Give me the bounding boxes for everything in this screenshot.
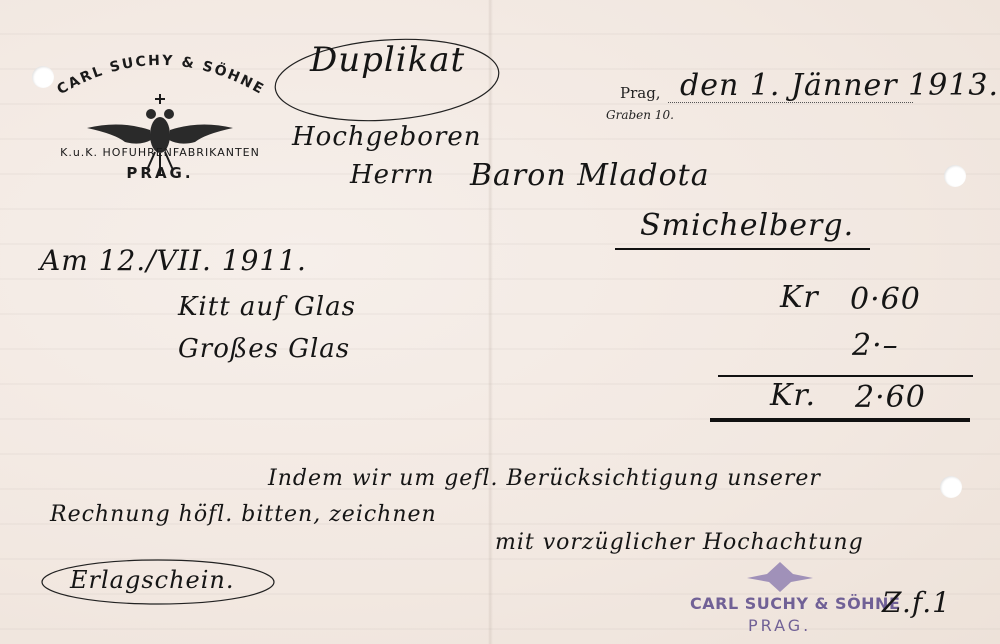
stamp-eagle-icon bbox=[745, 558, 815, 594]
closing-line-2-right: mit vorzüglicher Hochachtung bbox=[495, 530, 864, 555]
recipient-location: Smichelberg. bbox=[640, 208, 854, 243]
recipient-title: Herrn bbox=[350, 160, 435, 190]
closing-line-1: Indem wir um gefl. Berücksichtigung unse… bbox=[268, 466, 821, 491]
stamp-city: PRAG. bbox=[748, 616, 811, 635]
amount-1-currency: Kr bbox=[780, 280, 819, 315]
erlagschein-note: Erlagschein. bbox=[70, 566, 235, 594]
signature-initials: Z.f.1 bbox=[882, 586, 951, 619]
amount-1-value: 0·60 bbox=[850, 282, 921, 317]
closing-line-2-left: Rechnung höfl. bitten, zeichnen bbox=[50, 502, 437, 527]
item-line-2: Großes Glas bbox=[178, 334, 350, 364]
letterhead: CARL SUCHY & SÖHNE K.u.K. HOFUHRENFABRIK… bbox=[40, 40, 280, 190]
place-label: Prag, bbox=[620, 84, 661, 102]
total-double-rule bbox=[710, 418, 970, 422]
amount-2-value: 2·– bbox=[852, 328, 899, 363]
item-line-1: Kitt auf Glas bbox=[178, 292, 356, 322]
letterhead-city: PRAG. bbox=[40, 164, 280, 182]
subtotal-rule bbox=[718, 375, 973, 377]
total-value: 2·60 bbox=[855, 380, 926, 415]
total-currency: Kr. bbox=[770, 378, 816, 413]
stamp-company: CARL SUCHY & SÖHNE bbox=[690, 594, 900, 613]
punch-hole-right-upper bbox=[944, 165, 966, 187]
recipient-name: Baron Mladota bbox=[470, 158, 710, 193]
letterhead-title: K.u.K. HOFUHRENFABRIKANTEN bbox=[40, 146, 280, 159]
letter-date: den 1. Jänner 1913. bbox=[680, 68, 999, 103]
salutation: Hochgeboren bbox=[292, 122, 482, 152]
item-date-line: Am 12./VII. 1911. bbox=[40, 244, 307, 277]
address-line: Graben 10. bbox=[606, 108, 674, 122]
duplikat-mark: Duplikat bbox=[310, 40, 465, 80]
recipient-underline bbox=[615, 248, 870, 250]
punch-hole-right-lower bbox=[940, 476, 962, 498]
